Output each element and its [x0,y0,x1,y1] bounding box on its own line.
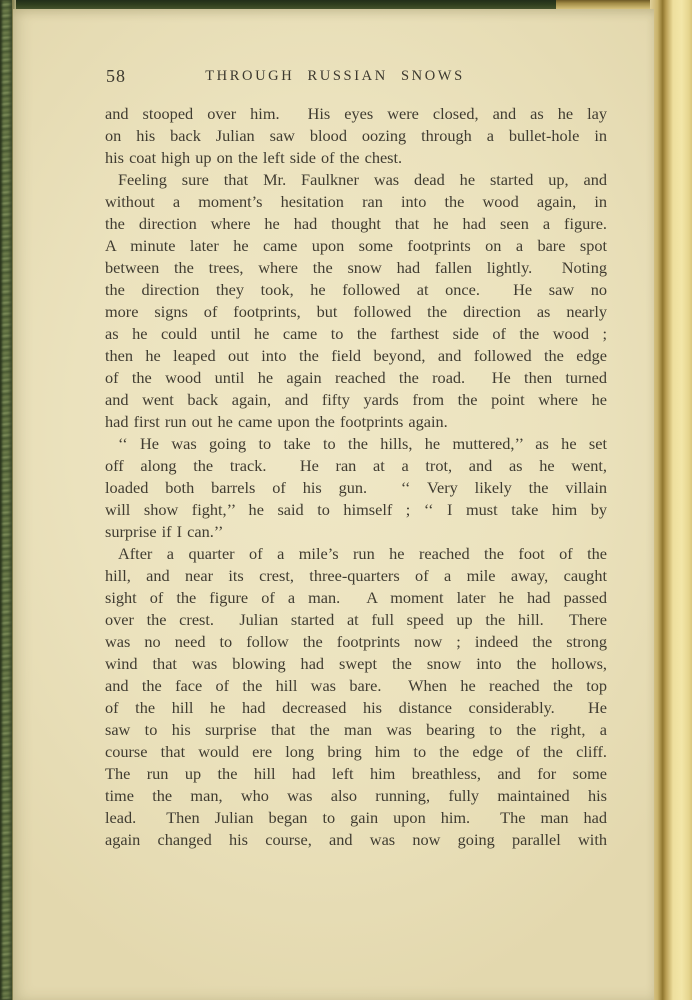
page-header: 58 THROUGH RUSSIAN SNOWS [13,64,654,90]
text-line: time the man, who was also running, full… [105,785,607,807]
text-line: had first run out he came upon the footp… [105,411,607,433]
text-line: sight of the figure of a man. A moment l… [105,587,607,609]
text-line: off along the track. He ran at a trot, a… [105,455,607,477]
text-line: the direction they took, he followed at … [105,279,607,301]
page-surface: 58 THROUGH RUSSIAN SNOWS and stooped ove… [13,9,654,1000]
text-line: and went back again, and fifty yards fro… [105,389,607,411]
text-line: loaded both barrels of his gun. ‘‘ Very … [105,477,607,499]
text-line: was no need to follow the footprints now… [105,631,607,653]
book-page-photo: 58 THROUGH RUSSIAN SNOWS and stooped ove… [0,0,692,1000]
text-line: After a quarter of a mile’s run he reach… [105,543,607,565]
text-line: again changed his course, and was now go… [105,829,607,851]
text-line: and the face of the hill was bare. When … [105,675,607,697]
text-line: and stooped over him. His eyes were clos… [105,103,607,125]
text-line: Feeling sure that Mr. Faulkner was dead … [105,169,607,191]
text-line: of the hill he had decreased his distanc… [105,697,607,719]
page-number: 58 [106,66,126,87]
text-line: surprise if I can.’’ [105,521,607,543]
text-line: as he could until he came to the farthes… [105,323,607,345]
book-binding-edge [0,0,13,1000]
text-block: and stooped over him. His eyes were clos… [105,103,607,851]
text-line: The run up the hill had left him breathl… [105,763,607,785]
text-line: between the trees, where the snow had fa… [105,257,607,279]
page-stack-fore-edge [650,0,692,1000]
running-title: THROUGH RUSSIAN SNOWS [205,68,465,85]
text-line: saw to his surprise that the man was bea… [105,719,607,741]
text-line: will show fight,’’ he said to himself ; … [105,499,607,521]
text-line: on his back Julian saw blood oozing thro… [105,125,607,147]
text-line: without a moment’s hesitation ran into t… [105,191,607,213]
text-line: the direction where he had thought that … [105,213,607,235]
text-line: course that would ere long bring him to … [105,741,607,763]
text-line: ‘‘ He was going to take to the hills, he… [105,433,607,455]
text-line: his coat high up on the left side of the… [105,147,607,169]
text-line: wind that was blowing had swept the snow… [105,653,607,675]
text-line: more signs of footprints, but followed t… [105,301,607,323]
text-line: lead. Then Julian began to gain upon him… [105,807,607,829]
text-line: over the crest. Julian started at full s… [105,609,607,631]
text-line: hill, and near its crest, three-quarters… [105,565,607,587]
text-line: A minute later he came upon some footpri… [105,235,607,257]
text-line: then he leaped out into the field beyond… [105,345,607,367]
text-line: of the wood until he again reached the r… [105,367,607,389]
